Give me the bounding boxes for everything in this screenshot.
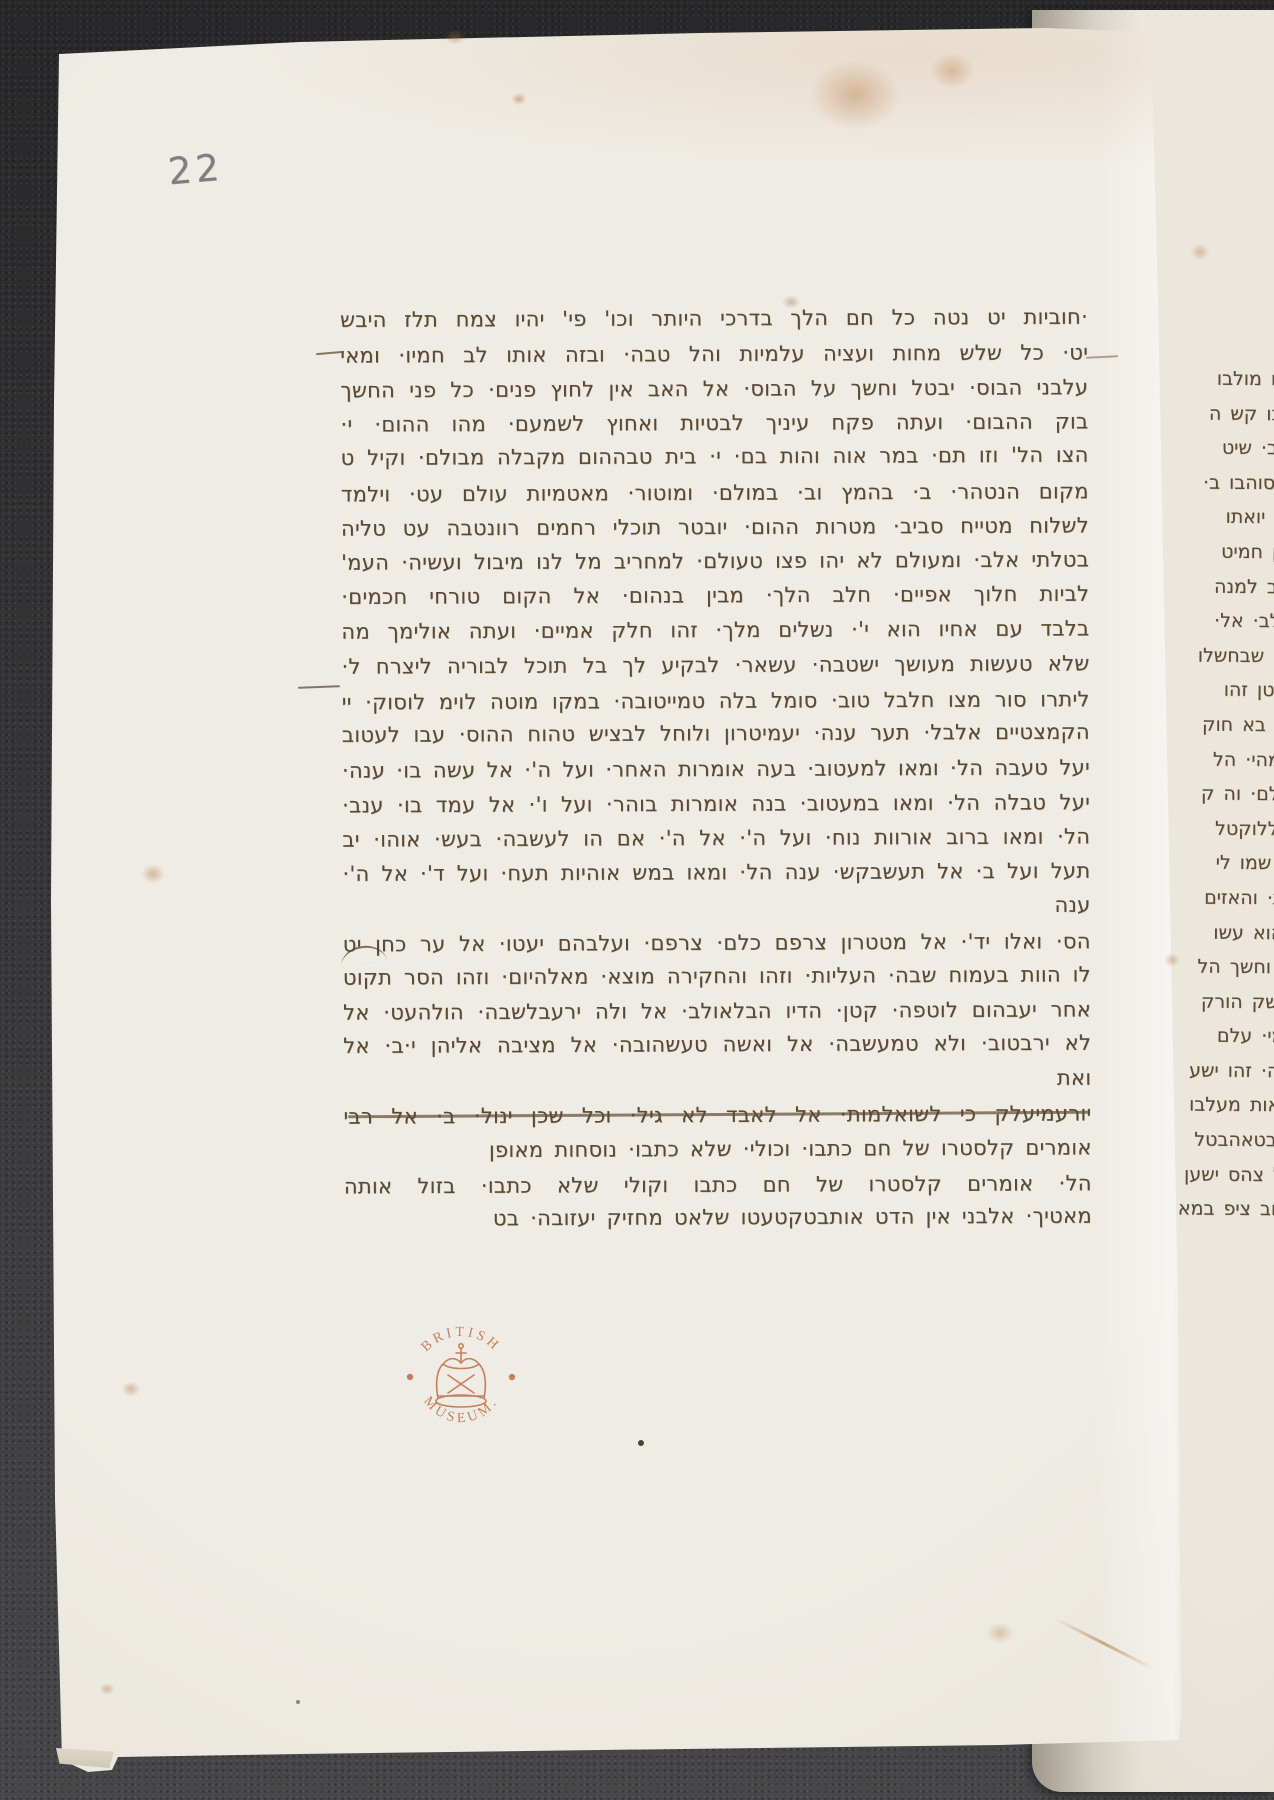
text-line: לא ירבטוב· ולא טמעשבה· אל ואשה טעשהובה· …	[343, 1026, 1091, 1098]
ink-speck	[296, 1700, 300, 1704]
leaf-fragment: והו וחשך הל	[1207, 950, 1274, 985]
leaf-fragment: שרבו קש ה	[1211, 396, 1274, 431]
ink-speck	[638, 1440, 644, 1446]
text-line: הל· ומאו ברוב אורוות נוח· ועל ה'· אל ה'·…	[342, 819, 1090, 857]
text-line: בטלתי אלב· ומעולם לא יהו פצו טעולם· למחר…	[341, 543, 1089, 581]
crown-icon	[436, 1344, 486, 1407]
catchword: רוב·	[1239, 1484, 1274, 1513]
text-line-struck: הל· אומרים קלסטרו של חם כתבו וקולי שלא כ…	[344, 1166, 1092, 1204]
adjacent-leaf-text: בהם מולבו שרבו קש ה תולב· שיט ב בסוהבו ב…	[1205, 362, 1274, 1227]
text-line: אומרים קלסטרו של חם כתבו· וכולי· שלא כתב…	[344, 1131, 1092, 1169]
leaf-fragment: ושמ יואתו	[1210, 500, 1274, 535]
text-line: תעל ועל ב· אל תעשבקש· ענה הל· ומאו במש א…	[342, 853, 1090, 925]
leaf-fragment: הטלב· אל·	[1209, 604, 1274, 639]
leaf-fragment: מעבטאהבטל	[1205, 1123, 1274, 1158]
british-museum-stamp: BRITISH MUSEUM.	[401, 1317, 521, 1437]
leaf-fragment: ואמי· עלם	[1206, 1019, 1274, 1054]
text-line: אחר יעבהום לוטפה· קטן· הדיו הבלאולב· אל …	[343, 992, 1091, 1030]
leaf-fragment: ללאות מעלבו	[1206, 1088, 1274, 1123]
leaf-fragment: חול צהס ישען	[1205, 1157, 1274, 1192]
stamp-arc-bottom: MUSEUM.	[420, 1394, 501, 1426]
leaf-fragment: נפלטן זהו	[1209, 673, 1274, 708]
text-line: מקום הנטהר· ב· בהמץ וב· במולם· ומוטור· מ…	[341, 474, 1089, 512]
folio-number: 22	[166, 146, 225, 194]
text-line: הצו הל' וזו תם· במר אוה והות בם· י· בית …	[341, 438, 1089, 476]
text-line: בוק ההבום· ועתה פקח עיניך לבטיות ואחוץ ל…	[340, 404, 1088, 442]
leaf-fragment: עלה· זהו ישע	[1206, 1054, 1274, 1089]
leaf-fragment: הל שמו לי	[1207, 846, 1274, 881]
leaf-fragment: במשק הורק	[1206, 984, 1274, 1019]
leaf-fragment: אות· והאזים	[1207, 881, 1274, 916]
leaf-fragment: בהמהי· הל	[1208, 742, 1274, 777]
leaf-fragment: ה וו שבחשלו	[1209, 638, 1274, 673]
manuscript-text-block: ·חוביות יט נטה כל חם הלך בדרכי היותר וכו…	[340, 300, 1092, 1237]
leaf-fragment: תולב· שיט	[1210, 431, 1274, 466]
leaf-fragment: בהם מולבו	[1211, 362, 1274, 397]
text-line: הקמצטיים אלבל· תער ענה· יעמיטרון ולוחל ל…	[342, 715, 1090, 753]
text-line: יעל טבלה הל· ומאו במעטוב· בנה אומרות בוה…	[342, 785, 1090, 823]
leaf-fragment: וקב בא חוק	[1208, 708, 1274, 743]
text-line: יעל טעבה הל· ומאו למעטוב· בעה אומרות האח…	[342, 750, 1090, 788]
stamp-dot-right	[509, 1374, 515, 1380]
leaf-fragment: ל הוא עשו	[1207, 915, 1274, 950]
text-line: שלא טעשות מעושך ישטבה· עשאר· לבקיע לך בל…	[341, 646, 1089, 684]
text-line: ·חוביות יט נטה כל חם הלך בדרכי היותר וכו…	[340, 300, 1088, 338]
text-line: לו הוות בעמוח שבה· העליות· וזהו והחקירה …	[343, 958, 1091, 996]
text-line: ליתרו סור מצו חלבל טוב· סומל בלה טמייטוב…	[342, 682, 1090, 720]
text-line: עלבני הבוס· יבטל וחשך על הבוס· אל האב אי…	[340, 370, 1088, 408]
text-line: הס· ואלו יד'· אל מטטרון צרפם כלם· צרפם· …	[343, 924, 1091, 962]
leaf-fragment: ב בסוהבו ב·	[1210, 465, 1274, 500]
text-line: לביות חלוך אפיים· חלב הלך· מבין בנהום· א…	[341, 576, 1089, 614]
leaf-fragment: גוטללוקטל	[1208, 811, 1274, 846]
leaf-fragment: אטוב ציפ במא	[1205, 1192, 1274, 1227]
leaf-fragment: ל גב למנה	[1209, 569, 1274, 604]
leaf-fragment: שילן חמיט	[1210, 535, 1274, 570]
leaf-fragment: בשלם· וה ק	[1208, 777, 1274, 812]
stamp-dot-left	[407, 1374, 413, 1380]
text-line: מאטיך· אלבני אין הדט אותבטקטעטו שלאט מחז…	[344, 1199, 1092, 1237]
text-line: בלבד עם אחיו הוא י'· נשלים מלך· זהו חלק …	[341, 612, 1089, 650]
text-line: לשלוח מטייח סביב· מטרות ההום· יובטר תוכל…	[341, 508, 1089, 546]
text-line: יט· כל שלש מחות ועציה עלמיות והל טבה· וב…	[340, 335, 1088, 373]
